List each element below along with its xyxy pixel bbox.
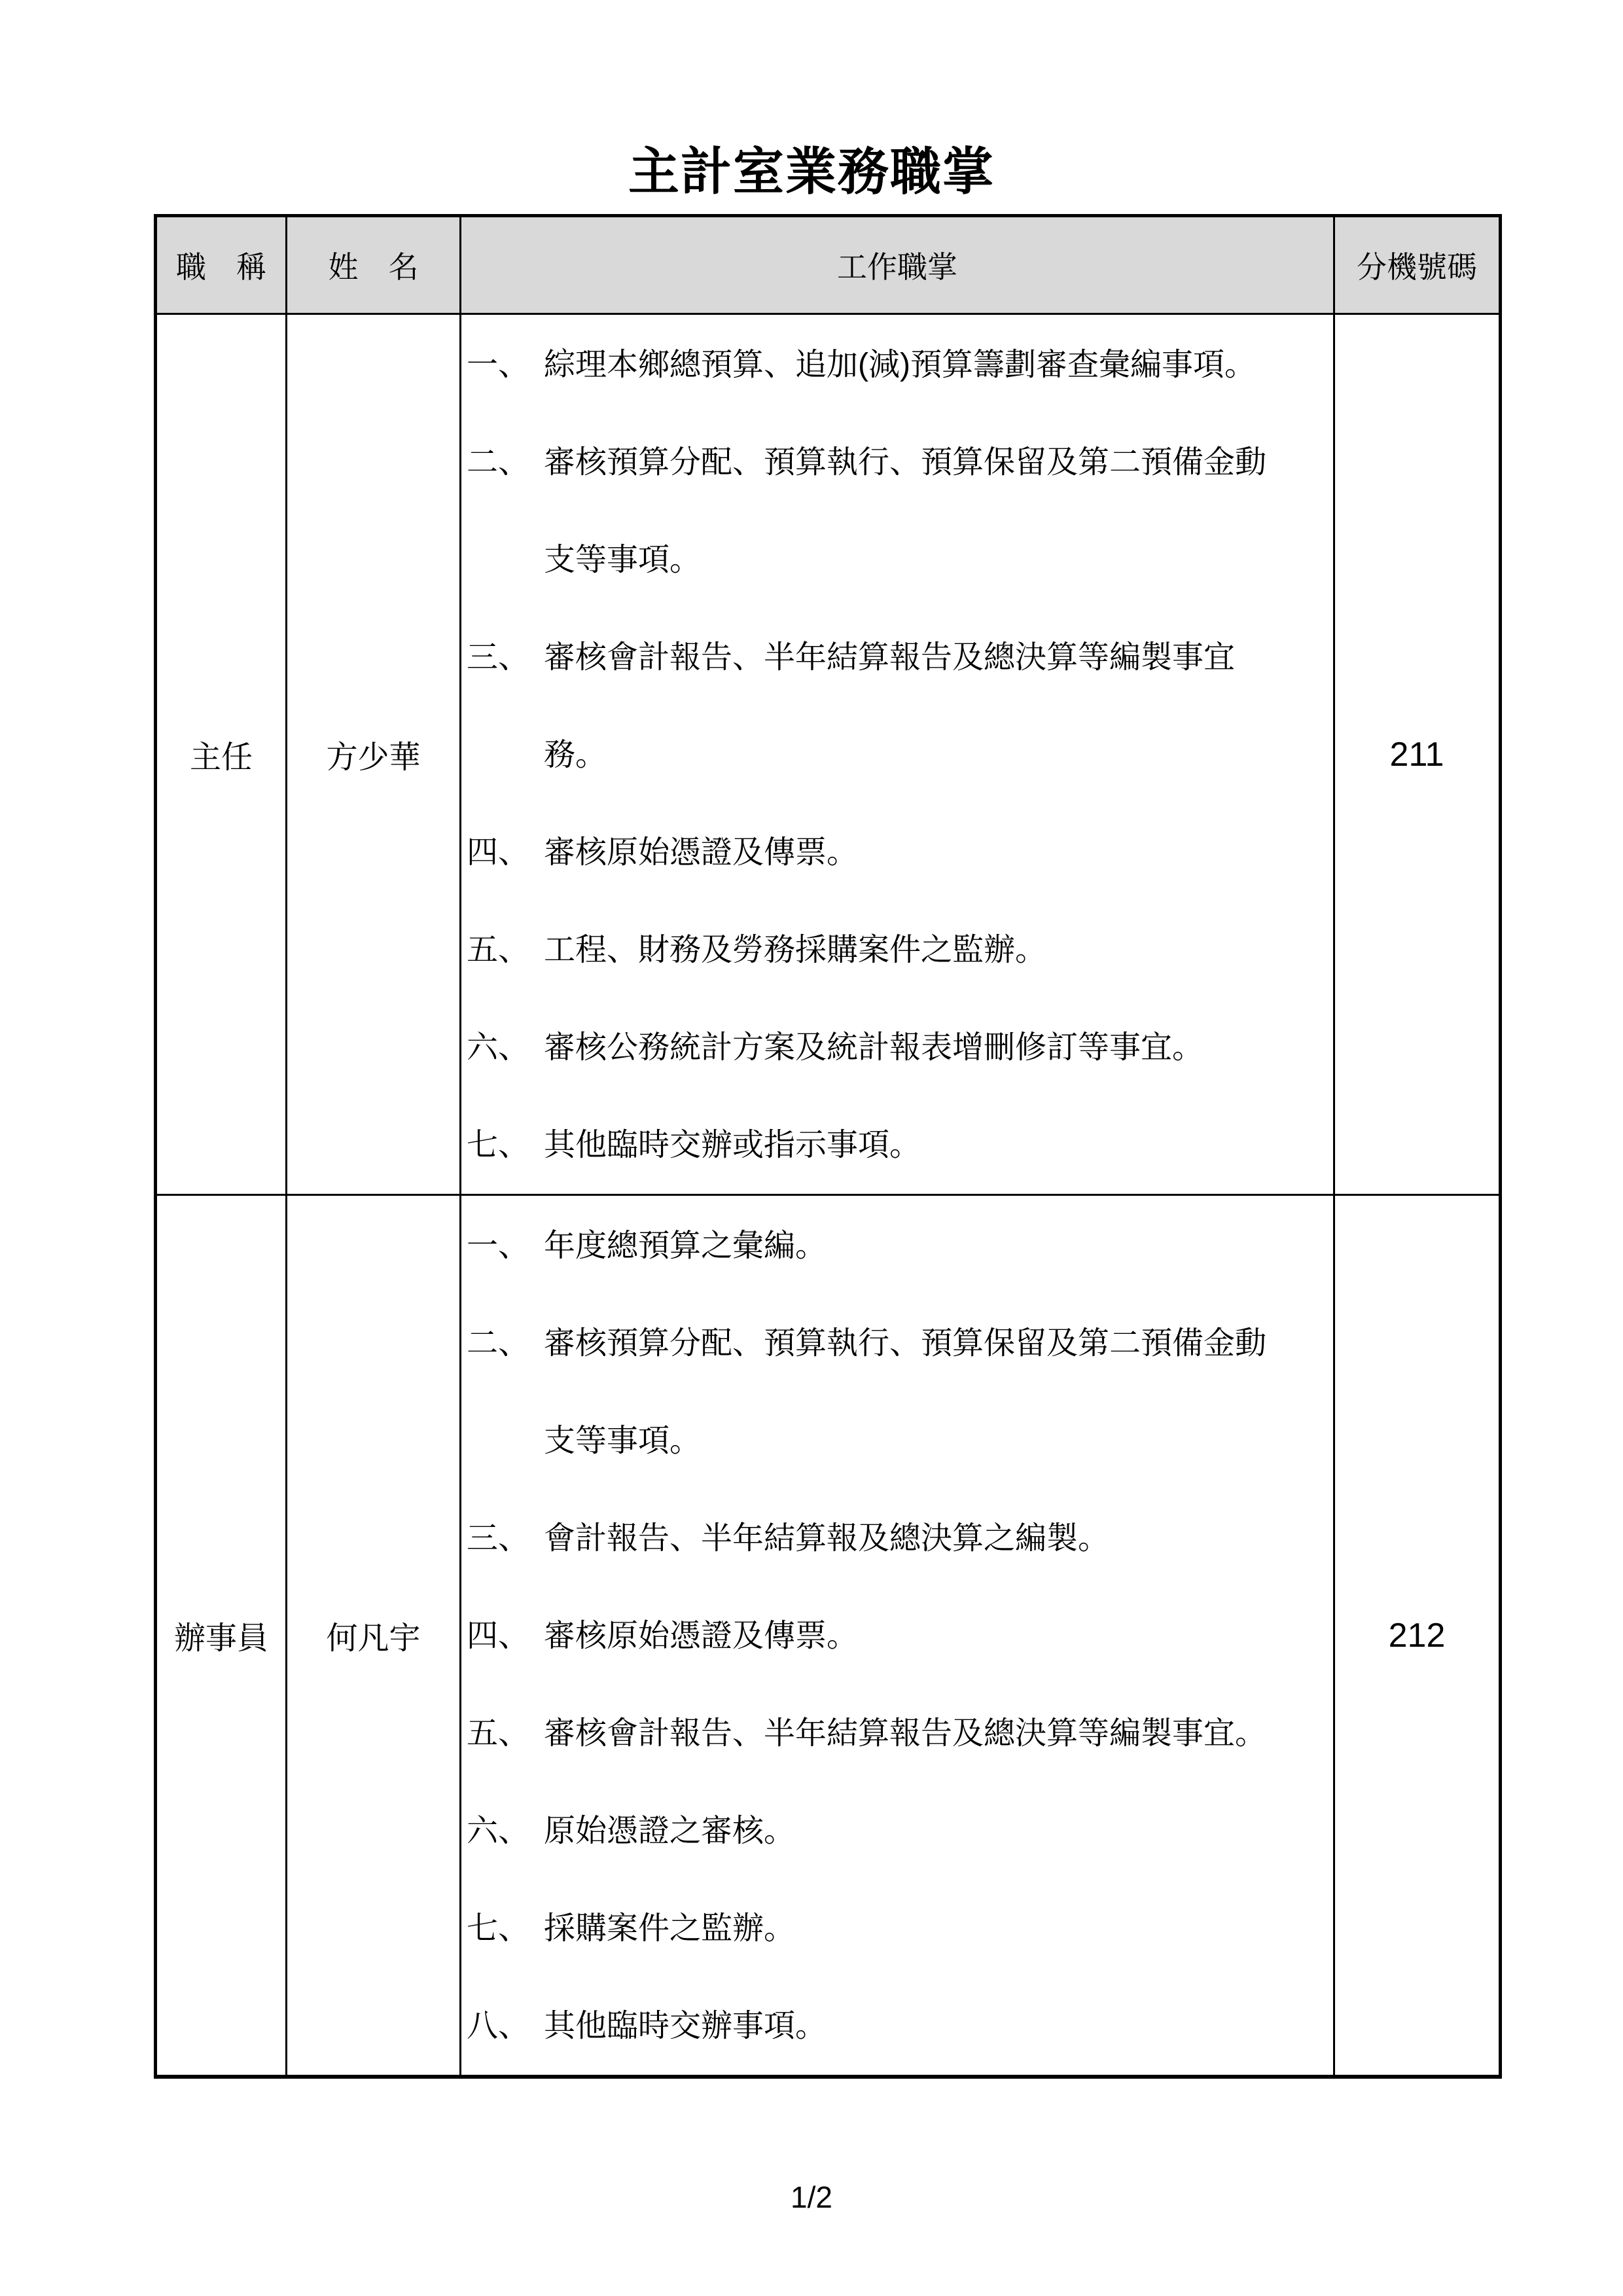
duty-line: 綜理本鄉總預算、追加(減)預算籌劃審查彙編事項。 <box>544 316 1327 414</box>
duty-number: 一、 <box>467 316 544 414</box>
duty-item: 五、審核會計報告、半年結算報告及總決算等編製事宜。 <box>467 1685 1327 1782</box>
document-title: 主計室業務職掌 <box>0 131 1623 204</box>
duty-item: 二、審核預算分配、預算執行、預算保留及第二預備金動支等事項。 <box>467 1295 1327 1490</box>
extension-cell: 211 <box>1334 314 1501 1195</box>
duty-line: 支等事項。 <box>544 1392 1327 1490</box>
header-cell-position: 職 稱 <box>156 216 287 314</box>
duty-text: 採購案件之監辦。 <box>544 1880 1327 1977</box>
duty-item: 四、審核原始憑證及傳票。 <box>467 804 1327 901</box>
duty-line: 審核原始憑證及傳票。 <box>544 1587 1327 1685</box>
duty-line: 務。 <box>544 706 1327 804</box>
duty-text: 審核公務統計方案及統計報表增刪修訂等事宜。 <box>544 999 1327 1096</box>
duty-item: 二、審核預算分配、預算執行、預算保留及第二預備金動支等事項。 <box>467 414 1327 609</box>
duty-number: 二、 <box>467 1295 544 1392</box>
page-number: 1/2 <box>0 2179 1623 2215</box>
table-header: 職 稱 姓 名 工作職掌 分機號碼 <box>156 216 1501 314</box>
duty-number: 一、 <box>467 1197 544 1295</box>
duty-line: 年度總預算之彙編。 <box>544 1197 1327 1295</box>
extension-cell: 212 <box>1334 1195 1501 2077</box>
duty-text: 審核原始憑證及傳票。 <box>544 804 1327 901</box>
duty-text: 審核會計報告、半年結算報告及總決算等編製事宜。 <box>544 1685 1327 1782</box>
header-cell-duties: 工作職掌 <box>461 216 1334 314</box>
duty-item: 七、其他臨時交辦或指示事項。 <box>467 1096 1327 1194</box>
duty-line: 其他臨時交辦或指示事項。 <box>544 1096 1327 1194</box>
duty-number: 四、 <box>467 804 544 901</box>
duty-line: 會計報告、半年結算報及總決算之編製。 <box>544 1490 1327 1587</box>
duty-text: 工程、財務及勞務採購案件之監辦。 <box>544 901 1327 999</box>
duty-number: 四、 <box>467 1587 544 1685</box>
duty-item: 六、審核公務統計方案及統計報表增刪修訂等事宜。 <box>467 999 1327 1096</box>
duty-item: 四、審核原始憑證及傳票。 <box>467 1587 1327 1685</box>
duty-line: 其他臨時交辦事項。 <box>544 1977 1327 2075</box>
duty-number: 三、 <box>467 609 544 706</box>
duty-item: 七、採購案件之監辦。 <box>467 1880 1327 1977</box>
table-row: 辦事員何凡宇一、年度總預算之彙編。二、審核預算分配、預算執行、預算保留及第二預備… <box>156 1195 1501 2077</box>
duty-text: 年度總預算之彙編。 <box>544 1197 1327 1295</box>
header-cell-name: 姓 名 <box>287 216 461 314</box>
duty-line: 原始憑證之審核。 <box>544 1782 1327 1880</box>
duty-item: 六、原始憑證之審核。 <box>467 1782 1327 1880</box>
duty-line: 採購案件之監辦。 <box>544 1880 1327 1977</box>
duty-number: 七、 <box>467 1096 544 1194</box>
duty-line: 支等事項。 <box>544 511 1327 609</box>
duty-text: 原始憑證之審核。 <box>544 1782 1327 1880</box>
duty-text: 綜理本鄉總預算、追加(減)預算籌劃審查彙編事項。 <box>544 316 1327 414</box>
duty-number: 二、 <box>467 414 544 511</box>
duty-text: 審核預算分配、預算執行、預算保留及第二預備金動支等事項。 <box>544 1295 1327 1490</box>
duty-number: 五、 <box>467 1685 544 1782</box>
duty-line: 工程、財務及勞務採購案件之監辦。 <box>544 901 1327 999</box>
duties-cell: 一、綜理本鄉總預算、追加(減)預算籌劃審查彙編事項。二、審核預算分配、預算執行、… <box>461 314 1334 1195</box>
duty-item: 一、年度總預算之彙編。 <box>467 1197 1327 1295</box>
duty-text: 會計報告、半年結算報及總決算之編製。 <box>544 1490 1327 1587</box>
duty-item: 一、綜理本鄉總預算、追加(減)預算籌劃審查彙編事項。 <box>467 316 1327 414</box>
duty-text: 審核原始憑證及傳票。 <box>544 1587 1327 1685</box>
duty-item: 三、會計報告、半年結算報及總決算之編製。 <box>467 1490 1327 1587</box>
duties-cell: 一、年度總預算之彙編。二、審核預算分配、預算執行、預算保留及第二預備金動支等事項… <box>461 1195 1334 2077</box>
duty-number: 三、 <box>467 1490 544 1587</box>
table-row: 主任方少華一、綜理本鄉總預算、追加(減)預算籌劃審查彙編事項。二、審核預算分配、… <box>156 314 1501 1195</box>
duty-item: 五、工程、財務及勞務採購案件之監辦。 <box>467 901 1327 999</box>
duty-number: 八、 <box>467 1977 544 2075</box>
duty-item: 八、其他臨時交辦事項。 <box>467 1977 1327 2075</box>
position-cell: 辦事員 <box>156 1195 287 2077</box>
duty-text: 其他臨時交辦或指示事項。 <box>544 1096 1327 1194</box>
duty-number: 六、 <box>467 1782 544 1880</box>
document-page: 主計室業務職掌 職 稱 姓 名 工作職掌 分機號碼 主任方少華一、綜理本鄉總預算… <box>0 0 1623 2296</box>
duty-line: 審核公務統計方案及統計報表增刪修訂等事宜。 <box>544 999 1327 1096</box>
duty-line: 審核原始憑證及傳票。 <box>544 804 1327 901</box>
duty-text: 審核預算分配、預算執行、預算保留及第二預備金動支等事項。 <box>544 414 1327 609</box>
position-cell: 主任 <box>156 314 287 1195</box>
header-row: 職 稱 姓 名 工作職掌 分機號碼 <box>156 216 1501 314</box>
duty-number: 七、 <box>467 1880 544 1977</box>
duty-item: 三、審核會計報告、半年結算報告及總決算等編製事宜務。 <box>467 609 1327 804</box>
name-cell: 何凡宇 <box>287 1195 461 2077</box>
name-cell: 方少華 <box>287 314 461 1195</box>
duty-text: 審核會計報告、半年結算報告及總決算等編製事宜務。 <box>544 609 1327 804</box>
duties-table: 職 稱 姓 名 工作職掌 分機號碼 主任方少華一、綜理本鄉總預算、追加(減)預算… <box>154 214 1502 2079</box>
duty-number: 五、 <box>467 901 544 999</box>
duty-line: 審核會計報告、半年結算報告及總決算等編製事宜 <box>544 609 1327 706</box>
duty-number: 六、 <box>467 999 544 1096</box>
duty-line: 審核預算分配、預算執行、預算保留及第二預備金動 <box>544 414 1327 511</box>
duty-text: 其他臨時交辦事項。 <box>544 1977 1327 2075</box>
duty-line: 審核會計報告、半年結算報告及總決算等編製事宜。 <box>544 1685 1327 1782</box>
duty-line: 審核預算分配、預算執行、預算保留及第二預備金動 <box>544 1295 1327 1392</box>
table-body: 主任方少華一、綜理本鄉總預算、追加(減)預算籌劃審查彙編事項。二、審核預算分配、… <box>156 314 1501 2077</box>
header-cell-extension: 分機號碼 <box>1334 216 1501 314</box>
